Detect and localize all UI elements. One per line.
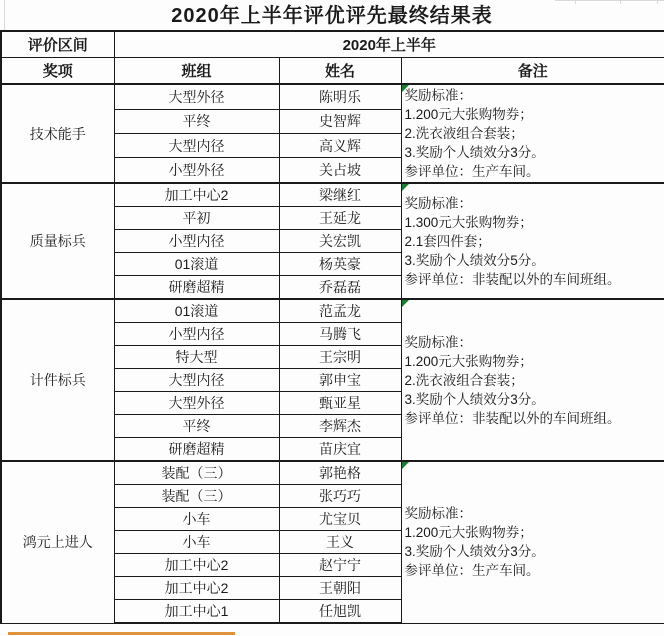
eval-period-label-cell[interactable]: 评价区间 <box>1 31 114 58</box>
remark-line: 3.奖励个人绩效分3分。 <box>405 390 663 409</box>
name-cell[interactable]: 甄亚星 <box>279 392 401 415</box>
name-cell[interactable]: 马腾飞 <box>279 323 401 346</box>
name-cell[interactable]: 王宗明 <box>279 346 401 369</box>
name-cell[interactable]: 杨英豪 <box>279 253 401 276</box>
remark-line: 奖励标准： <box>405 504 663 523</box>
remark-line: 奖励标准： <box>405 333 663 352</box>
remark-cell[interactable]: 奖励标准： 1.200元大张购物券； 2.洗衣液组合套装； 3.奖励个人绩效分3… <box>401 84 664 183</box>
name-cell[interactable]: 李辉杰 <box>279 415 401 438</box>
name-cell[interactable]: 关宏凯 <box>279 230 401 253</box>
remark-line: 1.200元大张购物券； <box>405 523 663 542</box>
group-cell[interactable]: 小型内径 <box>114 323 279 346</box>
page-title: 2020年上半年评优评先最终结果表 <box>0 0 664 30</box>
table-row: 技术能手 大型外径 陈明乐 奖励标准： 1.200元大张购物券； 2.洗衣液组合… <box>1 84 664 109</box>
group-cell[interactable]: 大型内径 <box>114 133 279 157</box>
group-cell[interactable]: 小型内径 <box>114 230 279 253</box>
remark-line: 参评单位：生产车间。 <box>405 162 663 181</box>
table-row: 评价区间 2020年上半年 <box>1 31 664 58</box>
name-cell[interactable]: 张巧巧 <box>279 485 401 508</box>
name-cell[interactable]: 乔磊磊 <box>279 276 401 300</box>
group-cell[interactable]: 研磨超精 <box>114 438 279 462</box>
group-cell[interactable]: 小车 <box>114 508 279 531</box>
group-cell[interactable]: 大型外径 <box>114 392 279 415</box>
header-remark[interactable]: 备注 <box>401 58 664 85</box>
name-cell[interactable]: 赵宁宁 <box>279 554 401 577</box>
excel-error-triangle-icon <box>402 184 409 191</box>
name-cell[interactable]: 任旭凯 <box>279 600 401 624</box>
award-cell[interactable]: 质量标兵 <box>1 183 114 299</box>
remark-line: 1.300元大张购物券； <box>405 213 663 232</box>
remark-line: 3.奖励个人绩效分5分。 <box>405 251 663 270</box>
header-group[interactable]: 班组 <box>114 58 279 85</box>
remark-line: 2.1套四件套； <box>405 232 663 251</box>
group-cell[interactable]: 装配（三） <box>114 485 279 508</box>
group-cell[interactable]: 平初 <box>114 207 279 230</box>
excel-error-triangle-icon <box>402 85 409 92</box>
remark-cell[interactable]: 奖励标准： 1.200元大张购物券； 3.奖励个人绩效分3分。 参评单位：生产车… <box>401 461 664 623</box>
orange-underline-artifact <box>8 632 235 635</box>
group-cell[interactable]: 加工中心1 <box>114 600 279 624</box>
spreadsheet-screenshot: 2020年上半年评优评先最终结果表 评价区间 2020年上半年 奖项 班组 姓名… <box>0 0 664 636</box>
remark-line: 1.200元大张购物券； <box>405 105 663 124</box>
eval-period-value-cell[interactable]: 2020年上半年 <box>114 31 664 58</box>
remark-line: 参评单位：非装配以外的车间班组。 <box>405 270 663 289</box>
header-name[interactable]: 姓名 <box>279 58 401 85</box>
name-cell[interactable]: 关占坡 <box>279 158 401 183</box>
name-cell[interactable]: 梁继红 <box>279 183 401 207</box>
table-header-row: 奖项 班组 姓名 备注 <box>1 58 664 85</box>
name-cell[interactable]: 王朝阳 <box>279 577 401 600</box>
group-cell[interactable]: 装配（三） <box>114 461 279 485</box>
group-cell[interactable]: 01滚道 <box>114 253 279 276</box>
group-cell[interactable]: 01滚道 <box>114 299 279 323</box>
group-cell[interactable]: 平终 <box>114 415 279 438</box>
excel-error-triangle-icon <box>402 462 409 469</box>
name-cell[interactable]: 郭申宝 <box>279 369 401 392</box>
name-cell[interactable]: 范孟龙 <box>279 299 401 323</box>
remark-cell[interactable]: 奖励标准： 1.200元大张购物券； 2.洗衣液组合套装； 3.奖励个人绩效分3… <box>401 299 664 461</box>
table-row: 质量标兵 加工中心2 梁继红 奖励标准： 1.300元大张购物券； 2.1套四件… <box>1 183 664 207</box>
group-cell[interactable]: 加工中心2 <box>114 183 279 207</box>
remark-line: 2.洗衣液组合套装； <box>405 124 663 143</box>
award-cell[interactable]: 计件标兵 <box>1 299 114 461</box>
name-cell[interactable]: 王延龙 <box>279 207 401 230</box>
table-row: 鸿元上进人 装配（三） 郭艳格 奖励标准： 1.200元大张购物券； 3.奖励个… <box>1 461 664 485</box>
group-cell[interactable]: 平终 <box>114 109 279 133</box>
name-cell[interactable]: 高义辉 <box>279 133 401 157</box>
group-cell[interactable]: 大型内径 <box>114 369 279 392</box>
group-cell[interactable]: 研磨超精 <box>114 276 279 300</box>
remark-line: 奖励标准： <box>405 86 663 105</box>
remark-cell[interactable]: 奖励标准： 1.300元大张购物券； 2.1套四件套； 3.奖励个人绩效分5分。… <box>401 183 664 299</box>
name-cell[interactable]: 史智辉 <box>279 109 401 133</box>
name-cell[interactable]: 尤宝贝 <box>279 508 401 531</box>
excel-error-triangle-icon <box>402 300 409 307</box>
group-cell[interactable]: 小型外径 <box>114 158 279 183</box>
award-cell[interactable]: 技术能手 <box>1 84 114 183</box>
remark-line: 2.洗衣液组合套装； <box>405 371 663 390</box>
remark-line: 参评单位：非装配以外的车间班组。 <box>405 409 663 428</box>
group-cell[interactable]: 加工中心2 <box>114 577 279 600</box>
remark-line: 3.奖励个人绩效分3分。 <box>405 143 663 162</box>
remark-line: 奖励标准： <box>405 194 663 213</box>
results-table: 评价区间 2020年上半年 奖项 班组 姓名 备注 技术能手 大型外径 陈明乐 … <box>0 30 664 624</box>
remark-line: 3.奖励个人绩效分3分。 <box>405 542 663 561</box>
name-cell[interactable]: 郭艳格 <box>279 461 401 485</box>
award-cell[interactable]: 鸿元上进人 <box>1 461 114 623</box>
group-cell[interactable]: 大型外径 <box>114 84 279 109</box>
group-cell[interactable]: 特大型 <box>114 346 279 369</box>
remark-line: 参评单位：生产车间。 <box>405 561 663 580</box>
name-cell[interactable]: 陈明乐 <box>279 84 401 109</box>
header-award[interactable]: 奖项 <box>1 58 114 85</box>
name-cell[interactable]: 苗庆宜 <box>279 438 401 462</box>
remark-line: 1.200元大张购物券； <box>405 352 663 371</box>
group-cell[interactable]: 加工中心2 <box>114 554 279 577</box>
group-cell[interactable]: 小车 <box>114 531 279 554</box>
name-cell[interactable]: 王义 <box>279 531 401 554</box>
table-row: 计件标兵 01滚道 范孟龙 奖励标准： 1.200元大张购物券； 2.洗衣液组合… <box>1 299 664 323</box>
